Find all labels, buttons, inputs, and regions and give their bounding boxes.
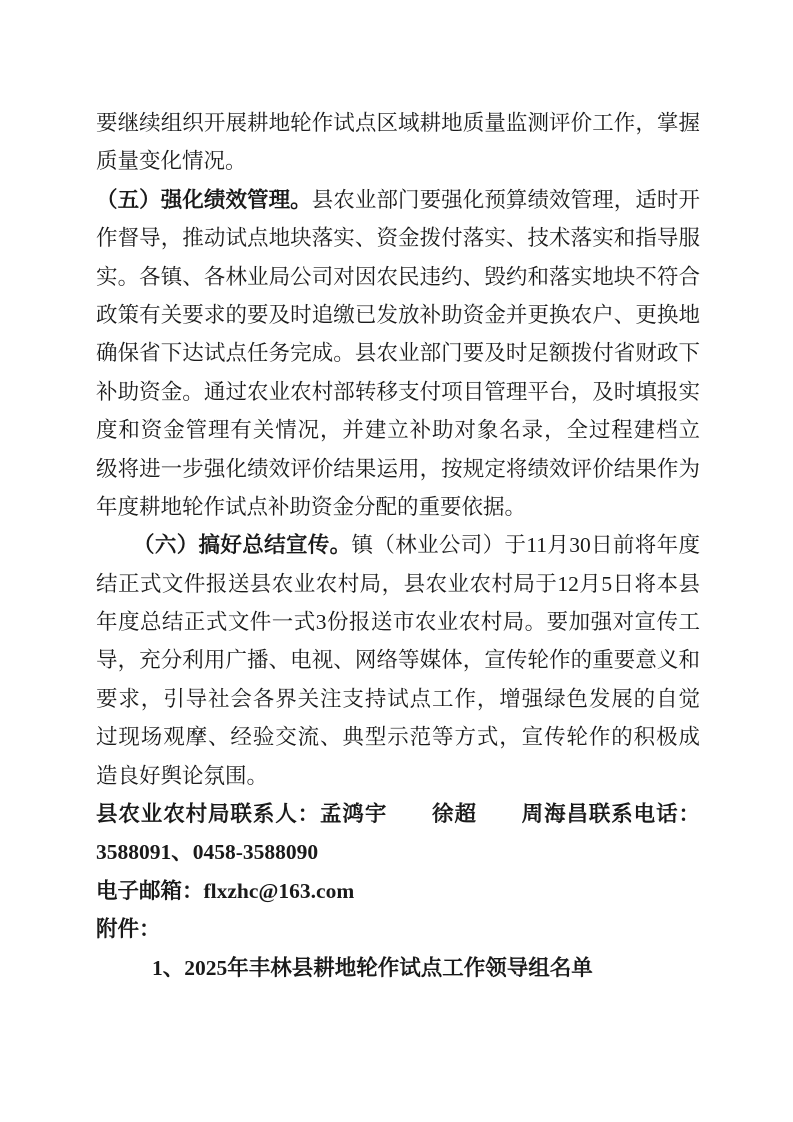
text-line: 质量变化情况。: [96, 142, 700, 180]
line-text: 导，充分利用广播、电视、网络等媒体，宣传轮作的重要意义和有关: [96, 648, 700, 679]
line-text: 度和资金管理有关情况，并建立补助对象名录，全过程建档立案。省: [96, 418, 700, 449]
paragraph-heading: （六）搞好总结宣传。: [133, 533, 352, 557]
paragraph-heading: （五）强化绩效管理。: [96, 188, 312, 212]
text-line: 结正式文件报送县农业农村局，县农业农村局于12月5日将本县2025: [96, 565, 700, 603]
text-line: 年度耕地轮作试点补助资金分配的重要依据。: [96, 488, 700, 526]
text-line: 导，充分利用广播、电视、网络等媒体，宣传轮作的重要意义和有关: [96, 641, 700, 679]
line-text: 补助资金。通过农业农村部转移支付项目管理平台，及时填报实施进: [96, 380, 700, 411]
text-line: 政策有关要求的要及时追缴已发放补助资金并更换农户、更换地块，: [96, 296, 700, 334]
line-text: 质量变化情况。: [96, 149, 247, 173]
text-line: 过现场观摩、经验交流、典型示范等方式，宣传轮作的积极成效，营: [96, 718, 700, 756]
line-text: 1、2025年丰林县耕地轮作试点工作领导组名单: [152, 956, 593, 980]
text-line: 造良好舆论氛围。: [96, 757, 700, 795]
line-text: 作督导，推动试点地块落实、资金拨付落实、技术落实和指导服务落: [96, 226, 700, 257]
text-line: 作督导，推动试点地块落实、资金拨付落实、技术落实和指导服务落: [96, 219, 700, 257]
text-line: （六）搞好总结宣传。镇（林业公司）于11月30日前将年度总: [96, 526, 700, 564]
line-text: 年度耕地轮作试点补助资金分配的重要依据。: [96, 495, 526, 519]
text-line: 要继续组织开展耕地轮作试点区域耕地质量监测评价工作，掌握耕地: [96, 104, 700, 142]
text-line: 年度总结正式文件一式3份报送市农业农村局。要加强对宣传工作的领: [96, 603, 700, 641]
text-line: 级将进一步强化绩效评价结果运用，按规定将绩效评价结果作为下一: [96, 450, 700, 488]
document-body: 要继续组织开展耕地轮作试点区域耕地质量监测评价工作，掌握耕地质量变化情况。（五）…: [96, 104, 700, 987]
text-line: 附件：: [96, 910, 700, 948]
text-line: 确保省下达试点任务完成。县农业部门要及时足额拨付省财政下达的: [96, 334, 700, 372]
line-text: 造良好舆论氛围。: [96, 764, 268, 788]
text-line: 度和资金管理有关情况，并建立补助对象名录，全过程建档立案。省: [96, 411, 700, 449]
line-text: 确保省下达试点任务完成。县农业部门要及时足额拨付省财政下达的: [96, 341, 700, 372]
text-line: 县农业农村局联系人：孟鸿宇 徐超 周海昌联系电话：0458-: [96, 795, 700, 833]
text-line: 补助资金。通过农业农村部转移支付项目管理平台，及时填报实施进: [96, 373, 700, 411]
text-line: 电子邮箱：flxzhc@163.com: [96, 872, 700, 910]
text-line: 1、2025年丰林县耕地轮作试点工作领导组名单: [96, 949, 700, 987]
line-text: 电子邮箱：flxzhc@163.com: [96, 879, 354, 903]
line-text: 实。各镇、各林业局公司对因农民违约、毁约和落实地块不符合试点: [96, 265, 700, 296]
line-text: 政策有关要求的要及时追缴已发放补助资金并更换农户、更换地块，: [96, 303, 700, 334]
line-text: 年度总结正式文件一式3份报送市农业农村局。要加强对宣传工作的领: [96, 610, 700, 641]
text-line: （五）强化绩效管理。县农业部门要强化预算绩效管理，适时开展工: [96, 181, 700, 219]
line-text: 级将进一步强化绩效评价结果运用，按规定将绩效评价结果作为下一: [96, 457, 700, 488]
line-text: 3588091、0458-3588090: [96, 840, 318, 864]
text-line: 3588091、0458-3588090: [96, 833, 700, 871]
text-line: 要求，引导社会各界关注支持试点工作，增强绿色发展的自觉性。通: [96, 680, 700, 718]
line-text: 过现场观摩、经验交流、典型示范等方式，宣传轮作的积极成效，营: [96, 725, 700, 756]
text-line: 实。各镇、各林业局公司对因农民违约、毁约和落实地块不符合试点: [96, 258, 700, 296]
line-text: 要求，引导社会各界关注支持试点工作，增强绿色发展的自觉性。通: [96, 687, 700, 718]
line-text: 附件：: [96, 917, 161, 941]
line-text: 结正式文件报送县农业农村局，县农业农村局于12月5日将本县2025: [96, 572, 700, 603]
line-text: 要继续组织开展耕地轮作试点区域耕地质量监测评价工作，掌握耕地: [96, 111, 700, 142]
document-page: 要继续组织开展耕地轮作试点区域耕地质量监测评价工作，掌握耕地质量变化情况。（五）…: [0, 0, 793, 1122]
line-text: 县农业农村局联系人：孟鸿宇 徐超 周海昌联系电话：0458-: [96, 802, 700, 833]
